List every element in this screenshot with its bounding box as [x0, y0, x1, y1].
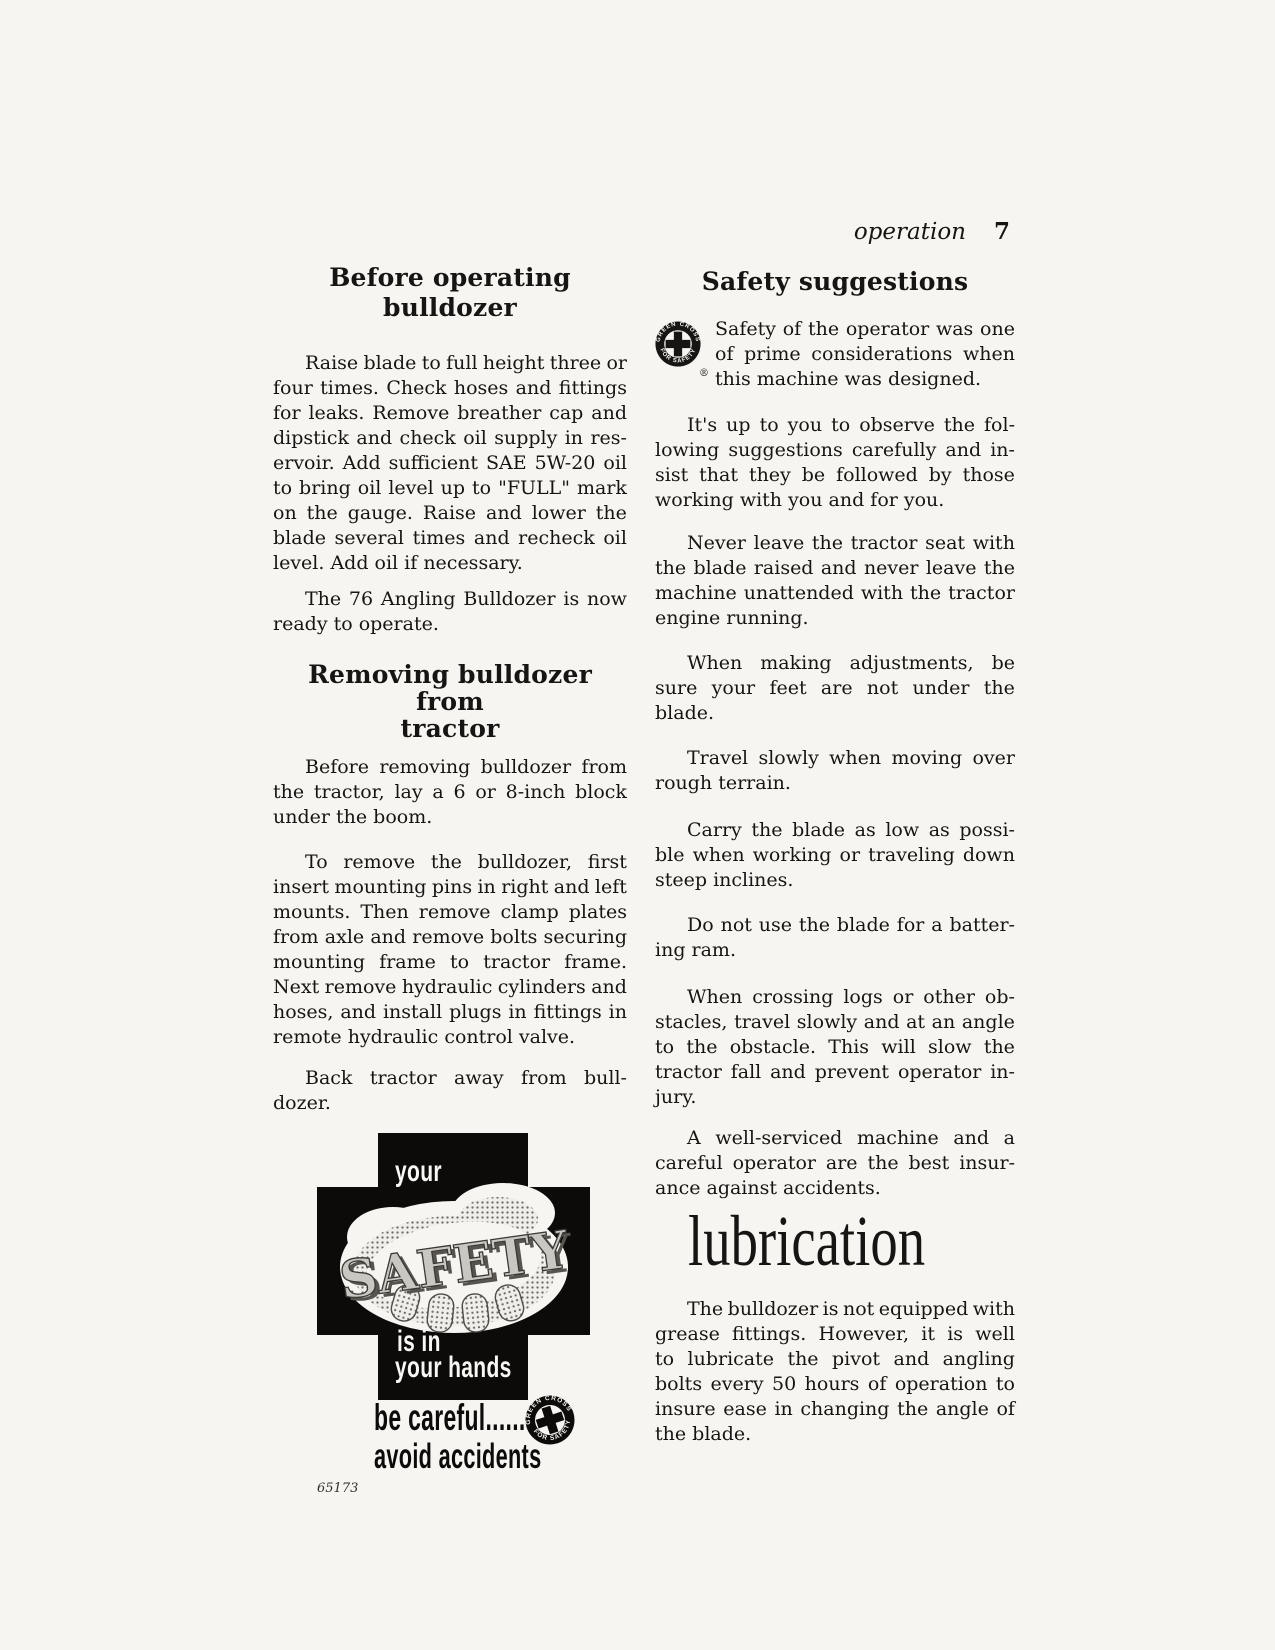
safety-hands-illustration: SAFETY SAFETY — [335, 1175, 573, 1343]
text-line: ing ram. — [655, 938, 1015, 963]
text-line: tractor — [273, 715, 627, 742]
text-line: thetractor,laya6or8-inchblock — [273, 780, 627, 805]
text-line: mountingframetotractorframe. — [273, 950, 627, 975]
text-line: dozer. — [273, 1091, 627, 1116]
registered-trademark-symbol: ® — [699, 361, 709, 386]
text-line: Raisebladetofullheightthreeor — [273, 351, 627, 376]
left-column: Before operating bulldozer Raisebladetof… — [273, 263, 627, 1501]
manual-page: operation 7 Before operating bulldozer R… — [0, 0, 1275, 1650]
heading-safety-suggestions: Safety suggestions — [655, 267, 1015, 297]
heading-removing-bulldozer: Removing bulldozer fromtractor — [273, 661, 627, 742]
text-line: mounts.Thenremoveclampplates — [273, 900, 627, 925]
text-line: Thebulldozerisnotequippedwith — [655, 1297, 1015, 1322]
poster-caption-be-careful: be careful...... — [374, 1397, 526, 1439]
text-line: stacles,travelslowlyandatanangle — [655, 1010, 1015, 1035]
paragraph-battering-ram: Donotusethebladeforabatter-ing ram. — [655, 913, 1015, 963]
text-line: Carrythebladeaslowaspossi- — [655, 818, 1015, 843]
text-line: ready to operate. — [273, 612, 627, 637]
text-line: forleaks.Removebreathercapand — [273, 401, 627, 426]
right-column: Safety suggestions GREEN CROSS FOR SAFET — [655, 267, 1015, 1447]
paragraph-travel-slowly: Travelslowlywhenmovingoverrough terrain. — [655, 746, 1015, 796]
paragraph-before-removing: Beforeremovingbulldozerfromthetractor,la… — [273, 755, 627, 830]
green-cross-badge-icon: GREEN CROSS FOR SAFETY — [655, 321, 701, 367]
text-line: ervoir.AddsufficientSAE5W-20oil — [273, 451, 627, 476]
paragraph-well-serviced: Awell-servicedmachineandacarefuloperator… — [655, 1126, 1015, 1201]
figure-number: 65173 — [317, 1481, 358, 1496]
text-line: bladeseveraltimesandrecheckoil — [273, 526, 627, 551]
text-line: dipstickandcheckoilsupplyinres- — [273, 426, 627, 451]
paragraph-ready-to-operate: The76AnglingBulldozerisnowready to opera… — [273, 587, 627, 637]
text-line: engine running. — [655, 606, 1015, 631]
paragraph-up-to-you: It'suptoyoutoobservethefol-lowingsuggest… — [655, 413, 1015, 513]
poster-text-your-hands: your hands — [395, 1351, 512, 1385]
text-line: Donotusethebladeforabatter- — [655, 913, 1015, 938]
text-line: Backtractorawayfrombull- — [273, 1066, 627, 1091]
text-line: Nextremovehydrauliccylindersand — [273, 975, 627, 1000]
text-line: blade. — [655, 701, 1015, 726]
paragraph-never-leave: Neverleavethetractorseatwiththebladerais… — [655, 531, 1015, 631]
text-line: thebladeraisedandneverleavethe — [655, 556, 1015, 581]
text-line: Whencrossinglogsorotherob- — [655, 985, 1015, 1010]
heading-before-operating-bulldozer: Before operating bulldozer — [273, 263, 627, 323]
text-line: boltsevery50hoursofoperationto — [655, 1372, 1015, 1397]
text-line: greasefittings.However,itiswell — [655, 1322, 1015, 1347]
text-line: remote hydraulic control valve. — [273, 1025, 627, 1050]
text-line: steep inclines. — [655, 868, 1015, 893]
page-number: 7 — [994, 218, 1010, 245]
text-line: ance against accidents. — [655, 1176, 1015, 1201]
running-title: operation — [854, 219, 966, 245]
safety-poster-figure: your — [317, 1133, 590, 1501]
text-line: Toremovethebulldozer,first — [273, 850, 627, 875]
text-line: tractorfallandpreventoperatorin- — [655, 1060, 1015, 1085]
text-line: jury. — [655, 1085, 1015, 1110]
text-line: ofprimeconsiderationswhen — [715, 342, 1015, 367]
text-line: insureeaseinchangingtheangleof — [655, 1397, 1015, 1422]
paragraph-raise-blade: Raisebladetofullheightthreeorfourtimes.C… — [273, 351, 627, 576]
paragraph-safety-operator: GREEN CROSS FOR SAFETY ® Safetyoftheoper… — [655, 317, 1015, 392]
text-line: Awell-servicedmachineanda — [655, 1126, 1015, 1151]
paragraph-to-remove: Toremovethebulldozer,firstinsertmounting… — [273, 850, 627, 1050]
text-line: this machine was designed. — [715, 367, 1015, 392]
paragraph-crossing-logs: Whencrossinglogsorotherob-stacles,travel… — [655, 985, 1015, 1110]
text-line: level. Add oil if necessary. — [273, 551, 627, 576]
text-line: Travelslowlywhenmovingover — [655, 746, 1015, 771]
text-line: tobringoillevelupto"FULL"mark — [273, 476, 627, 501]
text-line: fourtimes.Checkhosesandfittings — [273, 376, 627, 401]
text-line: Whenmakingadjustments,be — [655, 651, 1015, 676]
paragraph-back-tractor: Backtractorawayfrombull-dozer. — [273, 1066, 627, 1116]
text-line: hoses,andinstallplugsinfittingsin — [273, 1000, 627, 1025]
paragraph-lubrication: Thebulldozerisnotequippedwithgreasefitti… — [655, 1297, 1015, 1447]
paragraph-carry-blade: Carrythebladeaslowaspossi-blewhenworking… — [655, 818, 1015, 893]
text-line: Removing bulldozer from — [273, 661, 627, 715]
text-line: insertmountingpinsinrightandleft — [273, 875, 627, 900]
text-line: fromaxleandremoveboltssecuring — [273, 925, 627, 950]
text-line: The76AnglingBulldozerisnow — [273, 587, 627, 612]
green-cross-badge: GREEN CROSS FOR SAFETY ® — [655, 321, 701, 367]
page-header: operation 7 — [840, 218, 1010, 245]
text-line: sureyourfeetarenotunderthe — [655, 676, 1015, 701]
text-line: lowingsuggestionscarefullyandin- — [655, 438, 1015, 463]
paragraph-adjustments: Whenmakingadjustments,besureyourfeetaren… — [655, 651, 1015, 726]
text-line: totheobstacle.Thiswillslowthe — [655, 1035, 1015, 1060]
text-line: blewhenworkingortravelingdown — [655, 843, 1015, 868]
text-line: onthegauge.Raiseandlowerthe — [273, 501, 627, 526]
text-line: rough terrain. — [655, 771, 1015, 796]
text-line: Safetyoftheoperatorwasone — [715, 317, 1015, 342]
text-line: working with you and for you. — [655, 488, 1015, 513]
text-line: under the boom. — [273, 805, 627, 830]
text-line: sistthattheybefollowedbythose — [655, 463, 1015, 488]
text-line: carefuloperatorarethebestinsur- — [655, 1151, 1015, 1176]
heading-lubrication: lubrication — [688, 1209, 937, 1273]
text-line: machineunattendedwiththetractor — [655, 581, 1015, 606]
poster-caption-avoid-accidents: avoid accidents — [374, 1437, 541, 1477]
text-line: the blade. — [655, 1422, 1015, 1447]
text-line: Beforeremovingbulldozerfrom — [273, 755, 627, 780]
text-line: tolubricatethepivotandangling — [655, 1347, 1015, 1372]
text-line: It'suptoyoutoobservethefol- — [655, 413, 1015, 438]
text-line: Neverleavethetractorseatwith — [655, 531, 1015, 556]
